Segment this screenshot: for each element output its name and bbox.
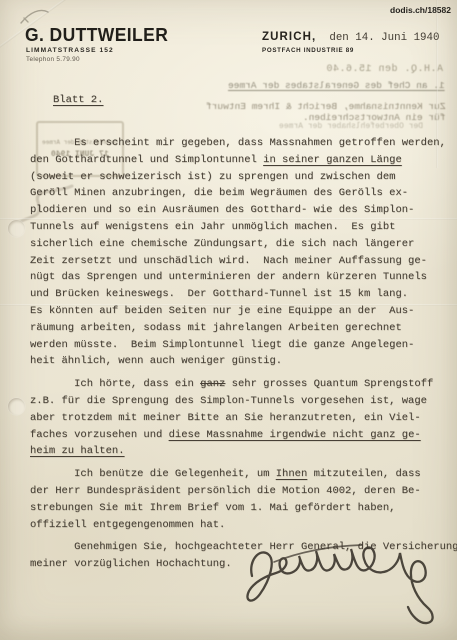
typed-line: Geröll Minen anzubringen, die beim Wegrä… [30,185,452,202]
bleedthrough-signature-line: Der Oberbefehlshaber der Armee [279,122,423,131]
sheet-label: Blatt 2. [53,94,103,106]
letterhead-street: LIMMATSTRASSE 152 [26,47,114,54]
paragraph: Es erscheint mir gegeben, dass Massnahme… [30,135,452,370]
letterhead-pobox: POSTFACH INDUSTRIE 89 [262,47,354,54]
typed-line: Ich benütze die Gelegenheit, um Ihnen mi… [30,466,452,483]
letter-page: A.H.Q. den 15.6.40 1. an Chef des Genera… [0,0,457,640]
typed-line: Es könnten auf beiden Seiten nur je eine… [30,303,452,320]
letterhead-phone: Telephon 5.79.90 [26,56,80,63]
typed-line: nügt das Sprengen und unterminieren der … [30,269,452,286]
dateline: ZURICH, den 14. Juni 1940 [262,31,440,44]
bleedthrough-routing-line: 1. an Chef des Generalstabes der Armee [228,80,445,91]
letter-body: Es erscheint mir gegeben, dass Massnahme… [30,135,452,573]
typed-line: und Brücken keineswegs. Der Gotthard-Tun… [30,286,452,303]
punch-hole-top [8,220,25,237]
typed-line: z.B. für die Sprengung des Simplon-Tunne… [30,393,452,410]
letterhead-name: G. DUTTWEILER [25,25,168,47]
dateline-city: ZURICH, [262,31,316,43]
typed-line: werden müsste. Beim Simplontunnel liegt … [30,337,452,354]
signature [236,538,448,635]
paragraph: Ich benütze die Gelegenheit, um Ihnen mi… [30,466,452,533]
typed-line: (soweit er schweizerisch ist) zu sprenge… [30,169,452,186]
typed-line: aber trotzdem mit meiner Bitte an Sie he… [30,410,452,427]
typed-line: Tunnels auf wenigstens ein Jahr unmöglic… [30,219,452,236]
typed-line: der Herr Bundespräsident persönlich die … [30,483,452,500]
typed-line: faches vorzusehen und diese Massnahme ir… [30,427,452,444]
typed-line: strebungen Sie mit Ihrem Brief vom 1. Ma… [30,500,452,517]
typed-line: sicherlich eine chemische Zündungsart, d… [30,236,452,253]
typed-line: heit ähnlich, wenn auch weniger günstig. [30,353,452,370]
typed-line: Es erscheint mir gegeben, dass Massnahme… [30,135,452,152]
bleedthrough-note: Zur Kenntnisnahme, Bericht & Ihrem Entwu… [206,101,445,123]
typed-line: Zeit zersetzt und unschädlich wird. Nach… [30,253,452,270]
typed-line: plodieren und so ein Ausräumen des Gotth… [30,202,452,219]
punch-hole-bottom [8,398,25,415]
archive-watermark: dodis.ch/18582 [390,5,451,15]
paragraph: Ich hörte, dass ein ganz sehr grosses Qu… [30,376,452,460]
typed-line: heim zu halten. [30,443,452,460]
typed-line: räumung arbeiten, sodass mit jahrelangen… [30,320,452,337]
bleedthrough-hq-line: A.H.Q. den 15.6.40 [326,64,443,75]
typed-line: offiziell entgegengenommen hat. [30,517,452,534]
typed-line: Ich hörte, dass ein ganz sehr grosses Qu… [30,376,452,393]
typed-line: den Gotthardtunnel und Simplontunnel in … [30,152,452,169]
dateline-date: den 14. Juni 1940 [329,32,439,44]
